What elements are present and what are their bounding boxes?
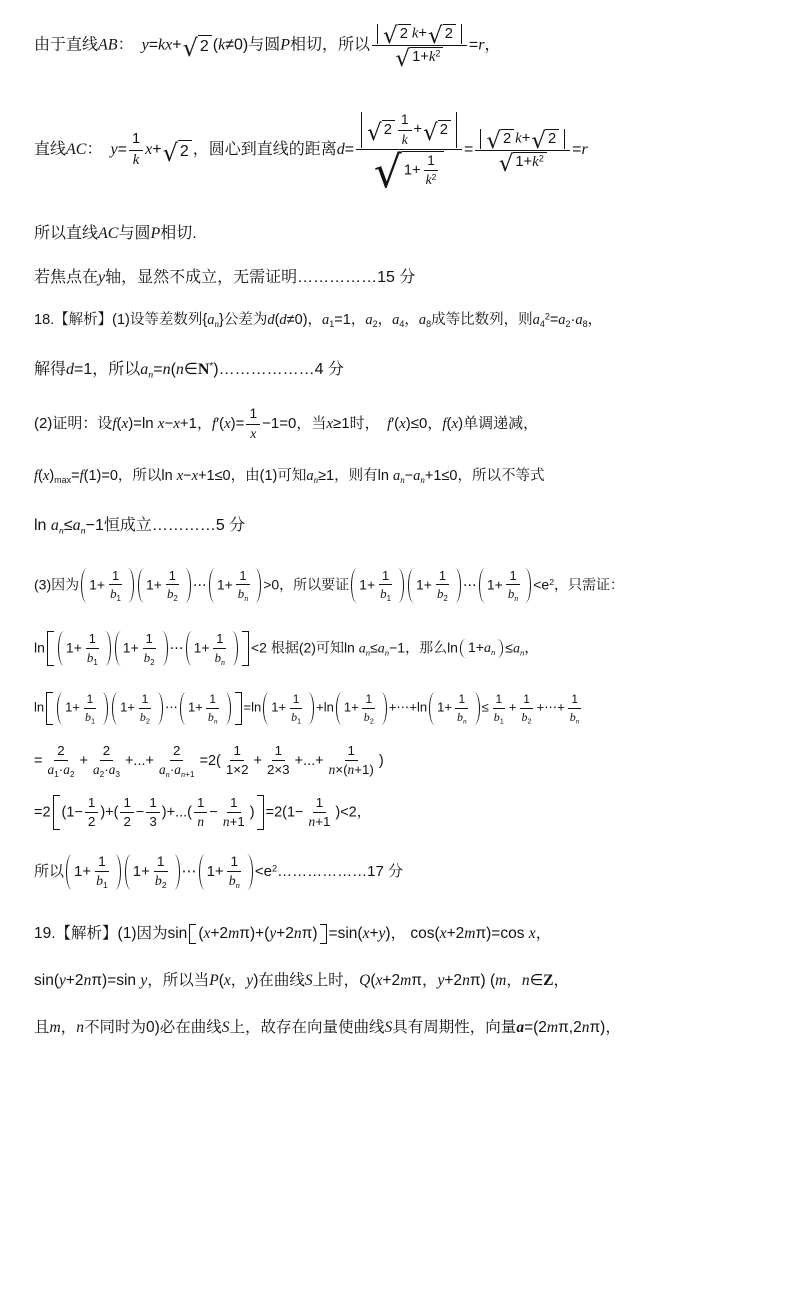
right-paren — [455, 568, 461, 603]
math-variable: a — [306, 468, 313, 484]
document-page: 由于直线AB： y=kx+√2(k≠0)与圆P相切，所以√2k+√2√1+k2=… — [0, 0, 800, 1070]
subscript: n — [491, 648, 495, 658]
numerator: √2k+√2 — [372, 24, 467, 46]
math-variable: a — [93, 762, 100, 777]
fraction: 1bn — [226, 854, 243, 890]
paren-group: 1+1b1 — [351, 568, 404, 603]
math-variable: n — [514, 594, 518, 603]
superscript: * — [209, 361, 213, 372]
radical-glyph: √ — [163, 144, 178, 163]
right-paren — [102, 692, 108, 724]
subscript: n — [463, 716, 467, 725]
denominator: b2 — [137, 709, 153, 725]
math-variable: a — [575, 312, 582, 328]
subscript: n — [420, 475, 425, 485]
math-variable: a — [63, 762, 70, 777]
subscript: 2 — [162, 880, 167, 890]
math-variable: n — [520, 647, 524, 657]
math-variable: a — [558, 312, 565, 328]
math-variable: x — [158, 416, 165, 432]
radical-glyph: √ — [423, 124, 438, 142]
subscript: 3 — [115, 770, 120, 779]
subscript: n — [81, 525, 86, 536]
math-variable: x — [452, 416, 459, 432]
right-paren — [474, 692, 480, 724]
radical: √2 — [531, 129, 559, 149]
math-line-12: ln1+1b11+1b2⋯1+1bn=ln1+1b1+ln1+1b2+⋯+ln1… — [34, 692, 776, 724]
fraction: √2k+√2√1+k2 — [475, 129, 570, 171]
math-variable: y — [379, 925, 386, 942]
math-variable: m — [228, 925, 239, 942]
math-variable: b — [96, 873, 103, 888]
math-variable: P — [150, 225, 160, 242]
group-content: 1+1bn — [215, 568, 255, 603]
group-content: 1+1b1 — [72, 854, 115, 890]
paren-group: 1+1b2 — [408, 568, 461, 603]
denominator: 2×3 — [264, 761, 293, 778]
subscript: n — [244, 594, 248, 603]
fraction: 1b2 — [164, 568, 181, 603]
numerator: √2k+√2 — [475, 129, 570, 151]
group-content: 1+1b2 — [144, 568, 185, 603]
math-variable: x — [203, 925, 210, 942]
math-line-17: sin(y+2nπ)=sin y，所以当P(x，y)在曲线S上时，Q(x+2mπ… — [34, 969, 776, 992]
denominator: 2 — [120, 813, 133, 830]
numerator: 1 — [520, 692, 533, 708]
paren-group: 1+1b1 — [58, 631, 111, 666]
math-variable: d — [267, 312, 274, 328]
subscript: n — [576, 716, 580, 725]
fraction: 12×3 — [264, 743, 293, 778]
fraction: 12 — [85, 795, 98, 830]
denominator: an·an+1 — [156, 761, 198, 779]
math-variable: n — [59, 525, 64, 536]
math-variable: n — [197, 814, 204, 829]
group-content: 1+1b11+1b2⋯1+1bn — [53, 692, 234, 724]
denominator: b2 — [141, 649, 158, 667]
math-variable: n — [348, 762, 355, 777]
fraction: 1bn — [567, 692, 583, 724]
math-line-3: 所以直线AC与圆P相切. — [34, 222, 776, 246]
numerator: 1 — [345, 743, 358, 761]
math-variable: r — [478, 36, 484, 53]
subscript: 2 — [566, 319, 571, 329]
numerator: 1 — [206, 692, 219, 708]
math-variable: a — [484, 641, 491, 656]
group-content: 1+1b2 — [414, 568, 455, 603]
right-paren — [255, 568, 261, 603]
denominator: k — [399, 131, 411, 148]
math-variable: n — [84, 972, 92, 989]
numerator: 1 — [436, 568, 449, 585]
fraction: 1n+1 — [306, 795, 334, 830]
math-variable: a — [365, 312, 372, 328]
fraction: 1b2 — [434, 568, 451, 603]
radicand: 2 — [398, 24, 411, 44]
fraction: 1b2 — [519, 692, 535, 724]
subscript: 2 — [527, 716, 531, 725]
radical: √2 — [367, 120, 395, 140]
math-variable: n — [314, 475, 319, 485]
denominator: b1 — [377, 585, 394, 603]
math-line-5: 18.【解析】(1)设等差数列{an}公差为d(d≠0)，a1=1，a2，a4，… — [34, 310, 776, 332]
subscript: n — [214, 716, 218, 725]
denominator: √1+1k2 — [370, 150, 449, 189]
denominator: b1 — [491, 709, 507, 725]
radicand: 2 — [443, 24, 456, 44]
math-variable: x — [122, 416, 129, 432]
right-paren — [157, 692, 163, 724]
math-variable: n — [366, 647, 370, 657]
math-line-16: 19.【解析】(1)因为sin(x+2mπ)+(y+2nπ)=sin(x+y)，… — [34, 922, 776, 945]
radicand: 1+1k2 — [402, 151, 444, 189]
math-variable: n — [463, 716, 467, 725]
math-variable: x — [376, 972, 383, 989]
denominator: b2 — [361, 709, 377, 725]
abs-value-group: √21k+√2 — [361, 112, 457, 148]
paren-group: 1+1bn — [209, 568, 261, 603]
group-content: 1+1b2 — [121, 631, 162, 666]
math-variable: a — [516, 1019, 524, 1036]
math-line-13: =2a1·a2+2a2·a3+...+2an·an+1=2(11×2+12×3+… — [34, 743, 776, 779]
math-variable: n — [223, 814, 230, 829]
radical-glyph: √ — [374, 155, 402, 190]
math-variable: n — [81, 525, 86, 536]
subscript: max — [54, 475, 71, 485]
right-bracket — [257, 795, 264, 830]
math-variable: x — [224, 416, 231, 432]
math-variable: x — [43, 468, 49, 484]
math-variable: m — [495, 972, 506, 989]
math-variable: x — [145, 142, 152, 159]
math-line-4: 若焦点在y轴，显然不成立，无需证明……………15 分 — [34, 266, 776, 290]
superscript: 2 — [272, 863, 277, 873]
numerator: 1 — [139, 692, 152, 708]
math-variable: x — [440, 925, 447, 942]
math-line-2: 直线AC： y=1kx+√2，圆心到直线的距离d=√21k+√2√1+1k2=√… — [34, 112, 776, 188]
paren-group: 1+1b1 — [57, 692, 108, 724]
radical-glyph: √ — [183, 39, 198, 58]
right-bracket — [235, 692, 242, 724]
fraction: 1b1 — [491, 692, 507, 724]
subscript: n — [236, 880, 240, 890]
numerator: 1 — [290, 692, 303, 708]
fraction: 1b1 — [82, 692, 98, 724]
math-variable: a — [419, 312, 426, 328]
radical-glyph: √ — [531, 132, 546, 150]
subscript: 2 — [373, 319, 378, 329]
radical: √2 — [428, 24, 456, 44]
radical-glyph: √ — [486, 132, 501, 150]
subscript: 1 — [54, 770, 59, 779]
fraction: 1b1 — [377, 568, 394, 603]
left-bracket — [47, 631, 54, 666]
math-variable: n — [163, 361, 171, 378]
paren-group: 1+1b1 — [263, 692, 314, 724]
math-variable: S — [385, 1019, 393, 1036]
left-bracket — [53, 795, 60, 830]
group-content: 1+1b1 — [63, 692, 102, 724]
paren-group: 1+an — [460, 639, 503, 658]
fraction: 13 — [146, 795, 159, 830]
radicand: 2 — [198, 35, 212, 56]
math-variable: k — [412, 26, 419, 42]
math-variable: n — [214, 319, 219, 329]
subscript: 2 — [173, 594, 177, 603]
subscript: n+1 — [181, 770, 195, 779]
radical: √2 — [383, 24, 411, 44]
math-variable: x — [529, 925, 536, 942]
denominator: b1 — [93, 872, 111, 890]
paren-group: 1+1b2 — [115, 631, 168, 666]
math-variable: n — [221, 657, 225, 666]
numerator: 1 — [95, 854, 109, 873]
fraction: 1bn — [205, 692, 221, 724]
math-variable: d — [337, 142, 345, 159]
fraction: 1b1 — [288, 692, 304, 724]
math-variable: P — [280, 36, 290, 53]
math-variable: y — [59, 972, 66, 989]
math-variable: n — [420, 475, 425, 485]
fraction: 2a2·a3 — [90, 743, 123, 779]
group-content: 1+1bn — [192, 631, 232, 666]
subscript: n — [314, 475, 319, 485]
math-variable: f — [442, 416, 446, 432]
fraction: 1b1 — [84, 631, 101, 666]
superscript: 2 — [549, 577, 554, 587]
denominator: bn — [454, 709, 470, 725]
fraction: 1k — [129, 131, 143, 169]
math-variable: n — [166, 770, 170, 779]
math-variable: x — [326, 416, 333, 432]
paren-group: 1+1bn — [199, 854, 253, 890]
math-variable: x — [173, 416, 180, 432]
paren-group: 1+1bn — [180, 692, 231, 724]
right-paren — [225, 692, 231, 724]
radicand: 2 — [178, 140, 192, 161]
superscript: 2 — [432, 172, 437, 182]
right-paren — [398, 568, 404, 603]
right-paren — [115, 854, 121, 890]
group-content: 1+1b2 — [118, 692, 157, 724]
subscript: n — [166, 770, 170, 779]
math-variable: n — [385, 647, 389, 657]
radical: √2 — [486, 129, 514, 149]
denominator: x — [247, 425, 259, 443]
numerator: 1 — [493, 692, 506, 708]
denominator: a1·a2 — [44, 761, 77, 779]
math-variable: n — [214, 716, 218, 725]
numerator: 1 — [506, 568, 519, 585]
numerator: 1 — [166, 568, 179, 585]
fraction: 1k — [398, 112, 412, 148]
math-variable: k — [402, 132, 408, 147]
bracket-group: (x+2mπ)+(y+2nπ) — [189, 924, 326, 943]
fraction: 1bn — [235, 568, 251, 603]
math-variable: y — [269, 925, 276, 942]
bold-math: a — [516, 1019, 524, 1036]
right-paren — [247, 854, 253, 890]
math-line-6: 解得d=1，所以an=n(n∈N*)………………4 分 — [34, 358, 776, 382]
math-variable: y — [246, 972, 253, 989]
subscript: n — [520, 647, 524, 657]
math-variable: d — [279, 312, 286, 328]
math-variable: k — [133, 152, 140, 168]
math-variable: a — [513, 641, 520, 656]
paren-group: 1+1b1 — [81, 568, 134, 603]
denominator: n+1 — [220, 813, 248, 830]
numerator: 1 — [424, 153, 438, 171]
right-paren — [185, 568, 191, 603]
fraction: √2k+√2√1+k2 — [372, 24, 467, 66]
group-content: (1−12)+(12−13)+...(1n−1n+1) — [60, 795, 257, 830]
subscript: 1 — [91, 716, 95, 725]
denominator: b1 — [288, 709, 304, 725]
subscript: 1 — [93, 657, 97, 666]
math-variable: n — [491, 648, 495, 658]
denominator: 3 — [146, 813, 159, 830]
math-variable: m — [547, 1019, 558, 1036]
math-variable: n — [462, 972, 470, 989]
math-variable: x — [224, 972, 231, 989]
denominator: n×(n+1) — [326, 761, 377, 778]
subscript: 1 — [500, 716, 504, 725]
subscript: n — [385, 647, 389, 657]
math-variable: a — [73, 517, 81, 534]
math-variable: n — [76, 1019, 84, 1036]
bracket-group: 1+1b11+1b2⋯1+1bn — [46, 692, 241, 724]
denominator: 1×2 — [223, 761, 252, 778]
math-variable: b — [229, 873, 236, 888]
subscript: n — [366, 647, 370, 657]
numerator: 1 — [398, 112, 412, 130]
math-variable: x — [177, 468, 183, 484]
math-variable: y — [98, 269, 105, 286]
math-variable: AB — [98, 36, 118, 53]
math-variable: x — [399, 416, 406, 432]
numerator: 1 — [313, 795, 326, 813]
math-variable: x — [363, 925, 370, 942]
radicand: 2 — [438, 120, 451, 140]
subscript: 2 — [146, 716, 150, 725]
paren-group: 1+1b2 — [125, 854, 180, 890]
group-content: (x+2mπ)+(y+2nπ) — [196, 924, 319, 943]
bracket-group: (1−12)+(12−13)+...(1n−1n+1) — [53, 795, 264, 830]
subscript: 2 — [443, 594, 447, 603]
paren-group: 1+1bn — [429, 692, 480, 724]
paren-group: 1+1b2 — [336, 692, 387, 724]
denominator: b2 — [164, 585, 181, 603]
math-variable: n — [148, 370, 153, 381]
math-line-1: 由于直线AB： y=kx+√2(k≠0)与圆P相切，所以√2k+√2√1+k2=… — [34, 24, 776, 66]
bold-math: Z — [543, 972, 553, 989]
fraction: 1n×(n+1) — [326, 743, 377, 778]
numerator: 1 — [246, 406, 260, 425]
paren-group: 1+1b2 — [112, 692, 163, 724]
numerator: 1 — [154, 854, 168, 873]
math-line-7: (2)证明：设f(x)=ln x−x+1，f′(x)=1x−1=0，当x≥1时，… — [34, 406, 776, 442]
radical-glyph: √ — [383, 27, 398, 45]
math-variable: AC — [66, 142, 86, 159]
math-variable: n — [576, 716, 580, 725]
numerator: 2 — [170, 743, 183, 761]
paren-group: 1+1b2 — [138, 568, 191, 603]
denominator: bn — [226, 872, 243, 890]
denominator: b2 — [434, 585, 451, 603]
math-variable: n — [236, 880, 240, 890]
math-variable: S — [305, 972, 313, 989]
math-variable: a — [359, 641, 366, 656]
math-variable: y — [142, 36, 149, 53]
subscript: 1 — [329, 319, 334, 329]
numerator: 1 — [227, 854, 241, 873]
math-variable: n — [294, 925, 302, 942]
solution-content: 由于直线AB： y=kx+√2(k≠0)与圆P相切，所以√2k+√2√1+k2=… — [34, 24, 776, 1040]
numerator: 1 — [272, 743, 285, 761]
bracket-group: 1+1b11+1b2⋯1+1bn — [47, 631, 249, 666]
fraction: 1b2 — [137, 692, 153, 724]
numerator: 1 — [109, 568, 122, 585]
math-variable: f — [112, 416, 116, 432]
math-variable: Q — [359, 972, 370, 989]
math-variable: f — [212, 416, 216, 432]
left-bracket — [189, 924, 196, 943]
math-variable: n — [329, 762, 336, 777]
fraction: 1b1 — [107, 568, 124, 603]
radical: √2 — [163, 140, 192, 161]
right-paren — [128, 568, 134, 603]
numerator: 1 — [230, 743, 243, 761]
subscript: 1 — [103, 880, 108, 890]
denominator: bn — [235, 585, 251, 603]
subscript: 1 — [117, 594, 121, 603]
math-variable: P — [209, 972, 218, 989]
group-content: 1+1bn — [435, 692, 474, 724]
fraction: 1k2 — [423, 153, 440, 189]
radical-glyph: √ — [428, 27, 443, 45]
math-variable: a — [378, 641, 385, 656]
math-variable: n — [309, 814, 316, 829]
subscript: 2 — [70, 770, 75, 779]
numerator: 1 — [86, 631, 99, 648]
math-variable: f — [34, 468, 38, 484]
math-variable: y — [140, 972, 147, 989]
subscript: 2 — [370, 716, 374, 725]
numerator: 1 — [568, 692, 581, 708]
math-variable: f — [387, 416, 391, 432]
fraction: 1b2 — [361, 692, 377, 724]
abs-value-group: √2k+√2 — [480, 129, 565, 149]
right-bracket — [320, 924, 327, 943]
math-variable: b — [155, 873, 162, 888]
fraction: 1b2 — [152, 854, 170, 890]
math-line-14: =2(1−12)+(12−13)+...(1n−1n+1)=2(1−1n+1)<… — [34, 795, 776, 830]
math-variable: a — [51, 517, 59, 534]
math-variable: m — [50, 1019, 61, 1036]
numerator: 2 — [54, 743, 67, 761]
math-line-15: 所以1+1b11+1b2⋯1+1bn<e2………………17 分 — [34, 854, 776, 890]
superscript: 2 — [539, 153, 544, 163]
math-variable: x — [250, 426, 256, 441]
numerator: 1 — [194, 795, 207, 813]
fraction: 12 — [120, 795, 133, 830]
math-variable: n — [176, 361, 184, 378]
fraction: 1b2 — [141, 631, 158, 666]
paren-group: 1+1bn — [186, 631, 238, 666]
subscript: 2 — [100, 770, 105, 779]
numerator: 1 — [379, 568, 392, 585]
group-content: 1+1b2 — [342, 692, 381, 724]
